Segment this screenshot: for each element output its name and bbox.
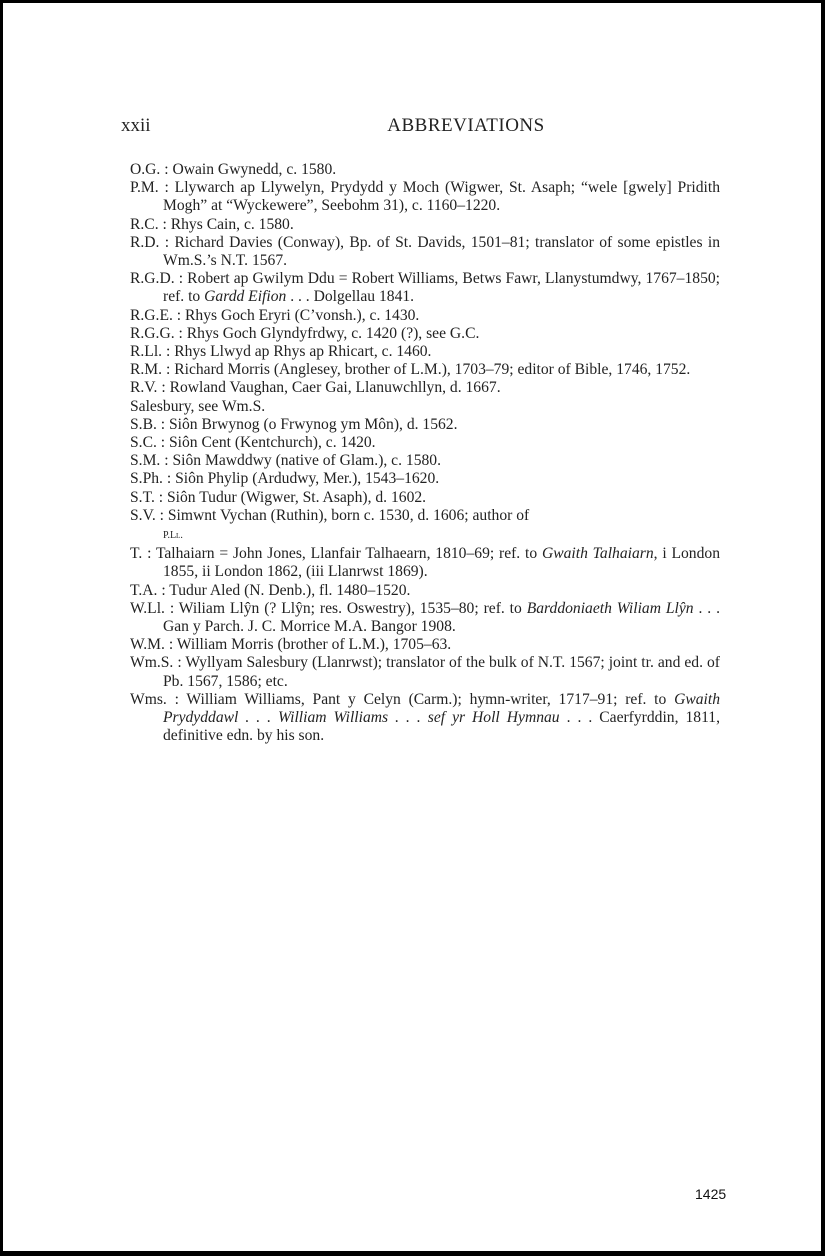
abbreviation-entry: Wm.S. : Wyllyam Salesbury (Llanrwst); tr… xyxy=(130,654,720,690)
page-title: ABBREVIATIONS xyxy=(121,115,725,137)
abbreviation: R.G.E. xyxy=(130,307,173,324)
abbreviation: W.Ll. xyxy=(130,600,165,617)
abbreviation: R.Ll. xyxy=(130,343,162,360)
abbreviation-entry: S.B. : Siôn Brwynog (o Frwynog ym Môn), … xyxy=(130,416,720,434)
abbreviation: T.A. xyxy=(130,582,157,599)
document-page: xxii ABBREVIATIONS O.G. : Owain Gwynedd,… xyxy=(3,3,821,1251)
abbreviation: Wm.S. xyxy=(130,654,173,671)
definition: , see Wm.S. xyxy=(191,398,266,415)
abbreviation-entry: S.C. : Siôn Cent (Kentchurch), c. 1420. xyxy=(130,434,720,452)
abbreviation-entry: T. : Talhaiarn = John Jones, Llanfair Ta… xyxy=(130,545,720,581)
abbreviation: R.D. xyxy=(130,234,159,251)
abbreviation-entry: Salesbury, see Wm.S. xyxy=(130,398,720,416)
definition: : Simwnt Vychan (Ruthin), born c. 1530, … xyxy=(156,507,530,524)
abbreviation-entry: R.G.D. : Robert ap Gwilym Ddu = Robert W… xyxy=(130,270,720,306)
abbreviation: S.C. xyxy=(130,434,157,451)
abbreviation-entry: R.C. : Rhys Cain, c. 1580. xyxy=(130,216,720,234)
definition: : Wiliam Llŷn (? Llŷn; res. Oswestry), 1… xyxy=(165,600,527,617)
abbreviation-entry: W.M. : William Morris (brother of L.M.),… xyxy=(130,636,720,654)
abbreviation: S.M. xyxy=(130,452,160,469)
abbreviation: R.G.G. xyxy=(130,325,175,342)
abbreviation: R.G.D. xyxy=(130,270,175,287)
definition: : William Williams, Pant y Celyn (Carm.)… xyxy=(167,691,674,708)
abbreviation: S.Ph. xyxy=(130,470,163,487)
definition: : Talhaiarn = John Jones, Llanfair Talha… xyxy=(142,545,542,562)
definition: : Wyllyam Salesbury (Llanrwst); translat… xyxy=(163,654,720,689)
abbreviation-entry: R.Ll. : Rhys Llwyd ap Rhys ap Rhicart, c… xyxy=(130,343,720,361)
abbreviation: T. xyxy=(130,545,142,562)
work-title: Gwaith Talhaiarn xyxy=(542,545,654,562)
work-title: Barddoniaeth Wiliam Llŷn xyxy=(527,600,694,617)
abbreviation: P.M. xyxy=(130,179,159,196)
abbreviation: S.T. xyxy=(130,489,155,506)
abbreviation-entry: T.A. : Tudur Aled (N. Denb.), fl. 1480–1… xyxy=(130,582,720,600)
abbreviation-entry: R.D. : Richard Davies (Conway), Bp. of S… xyxy=(130,234,720,270)
definition: : Tudur Aled (N. Denb.), fl. 1480–1520. xyxy=(157,582,410,599)
small-caps-ref: P.Ll. xyxy=(163,530,183,541)
running-head: xxii ABBREVIATIONS xyxy=(121,115,721,141)
definition: : Richard Morris (Anglesey, brother of L… xyxy=(162,361,690,378)
work-title: Gardd Eifion xyxy=(204,288,286,305)
definition: : Rowland Vaughan, Caer Gai, Llanuwchlly… xyxy=(157,379,500,396)
definition: : William Morris (brother of L.M.), 1705… xyxy=(165,636,451,653)
abbreviation-entry: R.V. : Rowland Vaughan, Caer Gai, Llanuw… xyxy=(130,379,720,397)
abbreviation-list: O.G. : Owain Gwynedd, c. 1580. P.M. : Ll… xyxy=(130,161,720,746)
abbreviation: R.C. xyxy=(130,216,159,233)
definition: : Rhys Goch Eryri (C’vonsh.), c. 1430. xyxy=(173,307,419,324)
abbreviation-entry: W.Ll. : Wiliam Llŷn (? Llŷn; res. Oswest… xyxy=(130,600,720,636)
abbreviation: W.M. xyxy=(130,636,165,653)
definition: : Llywarch ap Llywelyn, Prydydd y Moch (… xyxy=(159,179,720,214)
definition: : Siôn Mawddwy (native of Glam.), c. 158… xyxy=(160,452,441,469)
definition: : Siôn Cent (Kentchurch), c. 1420. xyxy=(157,434,376,451)
abbreviation-entry: S.T. : Siôn Tudur (Wigwer, St. Asaph), d… xyxy=(130,489,720,507)
abbreviation: R.V. xyxy=(130,379,157,396)
definition: : Richard Davies (Conway), Bp. of St. Da… xyxy=(159,234,720,269)
definition: : Owain Gwynedd, c. 1580. xyxy=(160,161,336,178)
abbreviation-entry: R.G.E. : Rhys Goch Eryri (C’vonsh.), c. … xyxy=(130,307,720,325)
abbreviation-entry: Wms. : William Williams, Pant y Celyn (C… xyxy=(130,691,720,746)
definition: : Rhys Goch Glyndyfrdwy, c. 1420 (?), se… xyxy=(175,325,480,342)
abbreviation: Salesbury xyxy=(130,398,191,415)
definition: : Rhys Cain, c. 1580. xyxy=(159,216,294,233)
definition: : Siôn Phylip (Ardudwy, Mer.), 1543–1620… xyxy=(163,470,439,487)
abbreviation-entry: S.Ph. : Siôn Phylip (Ardudwy, Mer.), 154… xyxy=(130,470,720,488)
abbreviation-entry: S.M. : Siôn Mawddwy (native of Glam.), c… xyxy=(130,452,720,470)
definition: : Siôn Brwynog (o Frwynog ym Môn), d. 15… xyxy=(157,416,458,433)
abbreviation-entry: R.M. : Richard Morris (Anglesey, brother… xyxy=(130,361,720,379)
abbreviation: Wms. xyxy=(130,691,167,708)
abbreviation: O.G. xyxy=(130,161,160,178)
abbreviation-entry: S.V. : Simwnt Vychan (Ruthin), born c. 1… xyxy=(130,507,720,545)
definition-cont: . . . Dolgellau 1841. xyxy=(286,288,414,305)
abbreviation: R.M. xyxy=(130,361,162,378)
abbreviation-entry: R.G.G. : Rhys Goch Glyndyfrdwy, c. 1420 … xyxy=(130,325,720,343)
definition: : Siôn Tudur (Wigwer, St. Asaph), d. 160… xyxy=(155,489,426,506)
definition: : Rhys Llwyd ap Rhys ap Rhicart, c. 1460… xyxy=(162,343,431,360)
abbreviation-entry: O.G. : Owain Gwynedd, c. 1580. xyxy=(130,161,720,179)
abbreviation: S.B. xyxy=(130,416,157,433)
abbreviation: S.V. xyxy=(130,507,156,524)
page-number: 1425 xyxy=(695,1186,726,1202)
abbreviation-entry: P.M. : Llywarch ap Llywelyn, Prydydd y M… xyxy=(130,179,720,215)
